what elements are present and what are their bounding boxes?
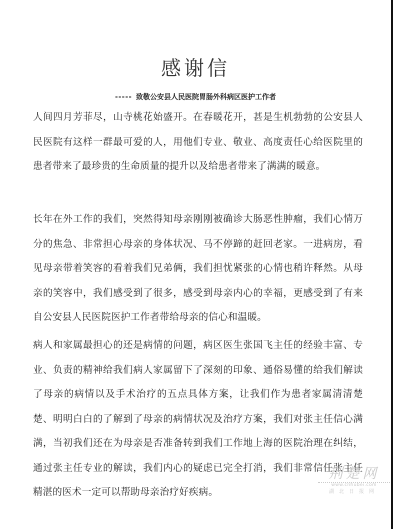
letter-subtitle: -----致敬公安县人民医院胃肠外科病区医护工作者 [0, 92, 391, 102]
paragraph-3: 病人和家属最担心的还是病情的问题，病区医生张国飞主任的经验丰富、专业、负责的精神… [33, 334, 363, 506]
subtitle-text: 致敬公安县人民医院胃肠外科病区医护工作者 [136, 93, 276, 101]
letter-page: 感谢信 -----致敬公安县人民医院胃肠外科病区医护工作者 人间四月芳菲尽，山寺… [0, 0, 391, 529]
paragraph-2: 长年在外工作的我们，突然得知母亲刚刚被确诊大肠恶性肿瘤，我们心情万分的焦急、非常… [33, 208, 363, 331]
paragraph-1: 人间四月芳菲尽，山寺桃花始盛开。在春暖花开，甚是生机勃勃的公安县人民医院有这样一… [33, 106, 363, 180]
letter-title: 感谢信 [0, 52, 391, 81]
subtitle-dashes: ----- [115, 93, 132, 101]
